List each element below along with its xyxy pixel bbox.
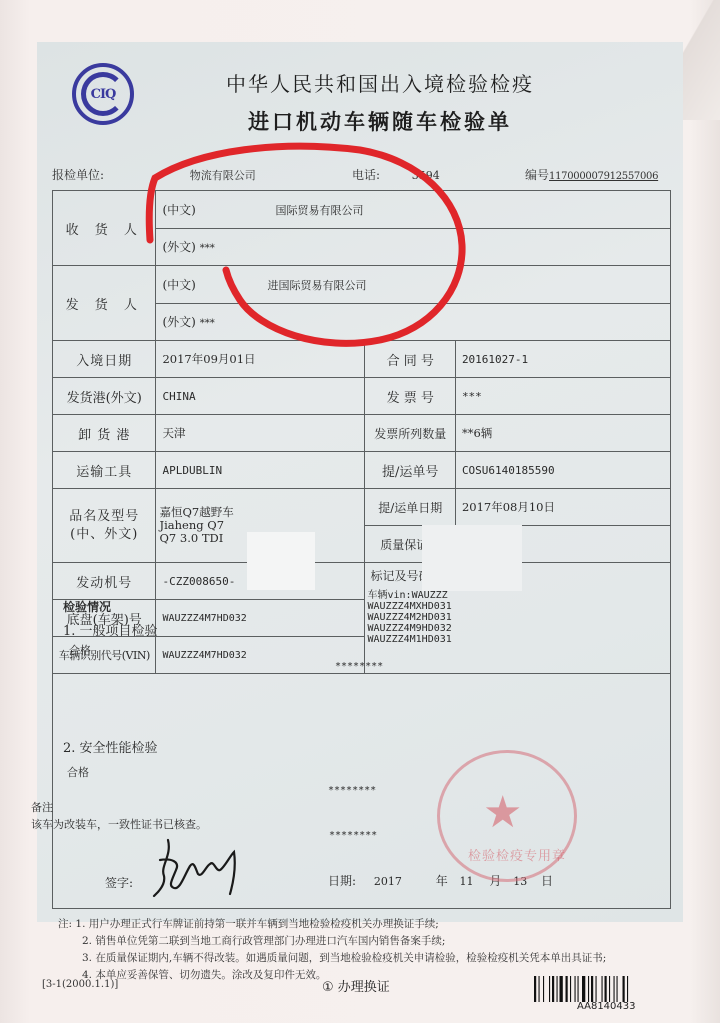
consignor-row-cn: 发 货 人 (中文) 进国际贸易有限公司 — [53, 266, 671, 304]
note-item: 2. 销售单位凭第二联到当地工商行政管理部门办理进口汽车国内销售备案手续; — [58, 933, 606, 950]
invoice-qty-value: **6辆 — [455, 415, 670, 452]
transport-label: 运输工具 — [53, 452, 156, 489]
entry-date-value: 2017年09月01日 — [156, 341, 365, 378]
inspection-section: 检验情况 1. 一般项目检验 合格 ******** 2. 安全性能检验 合格 … — [52, 591, 671, 909]
table-row: 品名及型号 (中、外文) 嘉恒Q7越野车 Jiaheng Q7 Q7 3.0 T… — [53, 489, 671, 526]
notes-section: 注: 1. 用户办理正式行车牌证前持第一联并车辆到当地检验检疫机关办理换证手续;… — [58, 916, 606, 984]
general-inspection-result: 合格 — [69, 642, 91, 658]
barcode-icon — [534, 976, 664, 1002]
remarks-text: 该车为改装车，一致性证书已核查。 — [31, 816, 207, 832]
product-label-line2: (中、外文) — [59, 526, 149, 544]
applicant-value: 物流有限公司 — [190, 169, 256, 182]
invoice-no-label: 发 票 号 — [365, 378, 455, 415]
number-label: 编号 — [525, 168, 549, 182]
consignor-label: 发 货 人 — [53, 266, 156, 341]
consignor-cn-value: 进国际贸易有限公司 — [268, 279, 367, 292]
unload-port-label: 卸 货 港 — [53, 415, 156, 452]
ship-port-label: 发货港(外文) — [53, 378, 156, 415]
consignor-foreign-label: (外文) — [162, 315, 195, 329]
consignor-cn-label: (中文) — [162, 278, 195, 292]
note-item: 1. 用户办理正式行车牌证前持第一联并车辆到当地检验检疫机关办理换证手续; — [75, 918, 438, 930]
table-row: 卸 货 港 天津 发票所列数量 **6辆 — [53, 415, 671, 452]
copy-label: ① 办理换证 — [322, 976, 390, 995]
unload-port-value: 天津 — [156, 415, 365, 452]
safety-stars: ******** — [328, 785, 376, 796]
general-stars: ******** — [335, 661, 383, 672]
notes-prefix: 注: — [58, 918, 72, 930]
phone-field: 电话: 3594 — [352, 166, 440, 183]
bl-date-value: 2017年08月10日 — [455, 489, 670, 526]
consignee-cn-label: (中文) — [162, 203, 195, 217]
table-row: 运输工具 APLDUBLIN 提/运单号 COSU6140185590 — [53, 452, 671, 489]
signature-label: 签字: — [105, 874, 133, 891]
form-code: [3-1(2000.1.1)] — [42, 979, 118, 990]
date-label: 日期: — [328, 874, 356, 888]
redaction-mask — [422, 525, 522, 591]
consignee-foreign-value: *** — [200, 243, 215, 254]
remarks-stars: ******** — [329, 830, 377, 841]
phone-label: 电话: — [352, 168, 380, 182]
applicant-field: 报检单位: 物流有限公司 — [52, 166, 256, 183]
inspection-heading: 检验情况 — [63, 598, 111, 615]
invoice-qty-label: 发票所列数量 — [365, 415, 455, 452]
safety-inspection-title: 2. 安全性能检验 — [63, 737, 158, 756]
consignee-foreign-label: (外文) — [162, 240, 195, 254]
contract-no-value: 20161027-1 — [455, 341, 670, 378]
date-month: 11 — [460, 875, 474, 888]
entry-date-label: 入境日期 — [53, 341, 156, 378]
consignee-label: 收 货 人 — [53, 191, 156, 266]
stamp-text: 检验检疫专用章 — [468, 845, 566, 864]
general-inspection-title: 1. 一般项目检验 — [63, 620, 158, 639]
transport-value: APLDUBLIN — [156, 452, 365, 489]
consignee-row-cn: 收 货 人 (中文) 国际贸易有限公司 — [53, 191, 671, 229]
barcode-number: AA8140433 — [577, 1001, 636, 1012]
number-field: 编号117000007912557006 — [525, 166, 658, 183]
number-value: 117000007912557006 — [549, 171, 658, 182]
org-title: 中华人民共和国出入境检验检疫 — [0, 68, 720, 97]
date-year: 2017 — [374, 875, 402, 888]
remarks-label: 备注 — [31, 799, 53, 815]
consignee-cn-value: 国际贸易有限公司 — [276, 204, 364, 217]
contract-no-label: 合 同 号 — [365, 341, 455, 378]
bl-date-label: 提/运单日期 — [365, 489, 455, 526]
consignor-foreign-value: *** — [200, 318, 215, 329]
star-icon: ★ — [483, 787, 522, 838]
product-label-line1: 品名及型号 — [59, 508, 149, 526]
note-item: 3. 在质量保证期内,车辆不得改装。如遇质量问题，到当地检验检疫机关申请检验，检… — [58, 950, 606, 967]
redaction-mask — [247, 532, 315, 590]
table-row: 发货港(外文) CHINA 发 票 号 *** — [53, 378, 671, 415]
phone-value: 3594 — [412, 169, 440, 182]
ship-port-value: CHINA — [156, 378, 365, 415]
bl-no-label: 提/运单号 — [365, 452, 455, 489]
bl-no-value: COSU6140185590 — [455, 452, 670, 489]
signature-mark — [150, 836, 250, 898]
table-row: 入境日期 2017年09月01日 合 同 号 20161027-1 — [53, 341, 671, 378]
invoice-no-value: *** — [455, 378, 670, 415]
document-title: 进口机动车辆随车检验单 — [0, 106, 720, 136]
safety-inspection-result: 合格 — [67, 764, 89, 780]
official-seal-stamp: ★ 检验检疫专用章 — [437, 750, 577, 882]
applicant-label: 报检单位: — [52, 168, 104, 182]
